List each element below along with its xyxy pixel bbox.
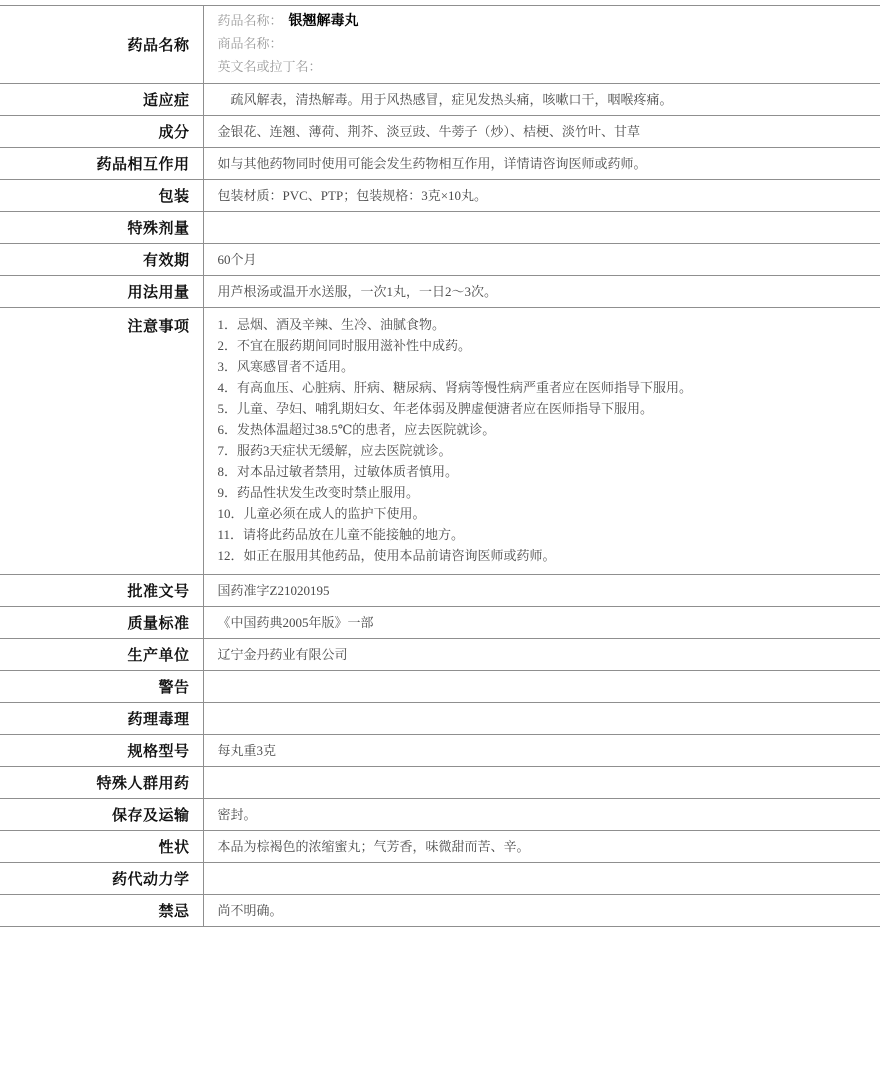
row-label: 药代动力学 xyxy=(0,863,203,895)
row-label: 质量标准 xyxy=(0,607,203,639)
row-value xyxy=(203,671,880,703)
row-label: 特殊人群用药 xyxy=(0,767,203,799)
table-row: 特殊人群用药 xyxy=(0,767,880,799)
precaution-item: 10．儿童必须在成人的监护下使用。 xyxy=(218,503,869,524)
precaution-item: 7．服药3天症状无缓解，应去医院就诊。 xyxy=(218,440,869,461)
table-row: 保存及运输密封。 xyxy=(0,799,880,831)
row-value: 用芦根汤或温开水送服，一次1丸，一日2～3次。 xyxy=(203,276,880,308)
field-line: 商品名称： xyxy=(218,33,869,56)
field-line: 英文名或拉丁名： xyxy=(218,56,869,79)
table-row: 性状本品为棕褐色的浓缩蜜丸；气芳香，味微甜而苦、辛。 xyxy=(0,831,880,863)
table-row: 用法用量用芦根汤或温开水送服，一次1丸，一日2～3次。 xyxy=(0,276,880,308)
table-row: 药品名称药品名称：银翘解毒丸商品名称：英文名或拉丁名： xyxy=(0,6,880,84)
table-row: 适应症 疏风解表，清热解毒。用于风热感冒，症见发热头痛，咳嗽口干，咽喉疼痛。 xyxy=(0,84,880,116)
table-row: 生产单位辽宁金丹药业有限公司 xyxy=(0,639,880,671)
drug-info-table-body: 药品名称药品名称：银翘解毒丸商品名称：英文名或拉丁名：适应症 疏风解表，清热解毒… xyxy=(0,6,880,927)
row-value: 辽宁金丹药业有限公司 xyxy=(203,639,880,671)
row-label: 规格型号 xyxy=(0,735,203,767)
row-label: 批准文号 xyxy=(0,575,203,607)
table-row: 注意事项1．忌烟、酒及辛辣、生冷、油腻食物。2．不宜在服药期间同时服用滋补性中成… xyxy=(0,308,880,575)
field-label: 英文名或拉丁名： xyxy=(218,59,322,74)
field-line: 药品名称：银翘解毒丸 xyxy=(218,10,869,33)
precaution-item: 6．发热体温超过38.5℃的患者，应去医院就诊。 xyxy=(218,419,869,440)
row-label: 用法用量 xyxy=(0,276,203,308)
row-value xyxy=(203,767,880,799)
row-value: 《中国药典2005年版》一部 xyxy=(203,607,880,639)
table-row: 批准文号国药准字Z21020195 xyxy=(0,575,880,607)
field-value: 银翘解毒丸 xyxy=(289,14,359,29)
row-label: 适应症 xyxy=(0,84,203,116)
precaution-item: 3．风寒感冒者不适用。 xyxy=(218,356,869,377)
row-label: 生产单位 xyxy=(0,639,203,671)
table-row: 警告 xyxy=(0,671,880,703)
precaution-item: 2．不宜在服药期间同时服用滋补性中成药。 xyxy=(218,335,869,356)
row-value xyxy=(203,703,880,735)
row-value: 如与其他药物同时使用可能会发生药物相互作用，详情请咨询医师或药师。 xyxy=(203,148,880,180)
table-row: 规格型号每丸重3克 xyxy=(0,735,880,767)
row-value: 金银花、连翘、薄荷、荆芥、淡豆豉、牛蒡子（炒）、桔梗、淡竹叶、甘草 xyxy=(203,116,880,148)
row-value: 1．忌烟、酒及辛辣、生冷、油腻食物。2．不宜在服药期间同时服用滋补性中成药。3．… xyxy=(203,308,880,575)
drug-info-table: 药品名称药品名称：银翘解毒丸商品名称：英文名或拉丁名：适应症 疏风解表，清热解毒… xyxy=(0,5,880,927)
row-label: 特殊剂量 xyxy=(0,212,203,244)
row-label: 有效期 xyxy=(0,244,203,276)
precaution-item: 12．如正在服用其他药品，使用本品前请咨询医师或药师。 xyxy=(218,545,869,566)
row-value: 本品为棕褐色的浓缩蜜丸；气芳香，味微甜而苦、辛。 xyxy=(203,831,880,863)
row-value: 尚不明确。 xyxy=(203,895,880,927)
precaution-item: 8．对本品过敏者禁用，过敏体质者慎用。 xyxy=(218,461,869,482)
row-label: 成分 xyxy=(0,116,203,148)
field-label: 商品名称： xyxy=(218,36,283,51)
precaution-item: 4．有高血压、心脏病、肝病、糖尿病、肾病等慢性病严重者应在医师指导下服用。 xyxy=(218,377,869,398)
row-value: 每丸重3克 xyxy=(203,735,880,767)
row-value: 药品名称：银翘解毒丸商品名称：英文名或拉丁名： xyxy=(203,6,880,84)
row-label: 性状 xyxy=(0,831,203,863)
table-row: 质量标准《中国药典2005年版》一部 xyxy=(0,607,880,639)
precaution-item: 5．儿童、孕妇、哺乳期妇女、年老体弱及脾虚便溏者应在医师指导下服用。 xyxy=(218,398,869,419)
row-value: 密封。 xyxy=(203,799,880,831)
precaution-item: 9．药品性状发生改变时禁止服用。 xyxy=(218,482,869,503)
row-value xyxy=(203,863,880,895)
table-row: 有效期60个月 xyxy=(0,244,880,276)
table-row: 成分金银花、连翘、薄荷、荆芥、淡豆豉、牛蒡子（炒）、桔梗、淡竹叶、甘草 xyxy=(0,116,880,148)
row-label: 保存及运输 xyxy=(0,799,203,831)
row-value xyxy=(203,212,880,244)
row-label: 药理毒理 xyxy=(0,703,203,735)
precaution-item: 1．忌烟、酒及辛辣、生冷、油腻食物。 xyxy=(218,314,869,335)
row-value: 包装材质：PVC、PTP；包装规格：3克×10丸。 xyxy=(203,180,880,212)
row-label: 注意事项 xyxy=(0,308,203,575)
table-row: 药代动力学 xyxy=(0,863,880,895)
row-value: 国药准字Z21020195 xyxy=(203,575,880,607)
row-value: 疏风解表，清热解毒。用于风热感冒，症见发热头痛，咳嗽口干，咽喉疼痛。 xyxy=(203,84,880,116)
row-label: 药品相互作用 xyxy=(0,148,203,180)
row-label: 药品名称 xyxy=(0,6,203,84)
field-label: 药品名称： xyxy=(218,13,283,28)
precaution-item: 11．请将此药品放在儿童不能接触的地方。 xyxy=(218,524,869,545)
table-row: 药品相互作用如与其他药物同时使用可能会发生药物相互作用，详情请咨询医师或药师。 xyxy=(0,148,880,180)
row-label: 警告 xyxy=(0,671,203,703)
table-row: 禁忌尚不明确。 xyxy=(0,895,880,927)
table-row: 药理毒理 xyxy=(0,703,880,735)
row-label: 禁忌 xyxy=(0,895,203,927)
row-value: 60个月 xyxy=(203,244,880,276)
row-label: 包装 xyxy=(0,180,203,212)
table-row: 包装包装材质：PVC、PTP；包装规格：3克×10丸。 xyxy=(0,180,880,212)
table-row: 特殊剂量 xyxy=(0,212,880,244)
